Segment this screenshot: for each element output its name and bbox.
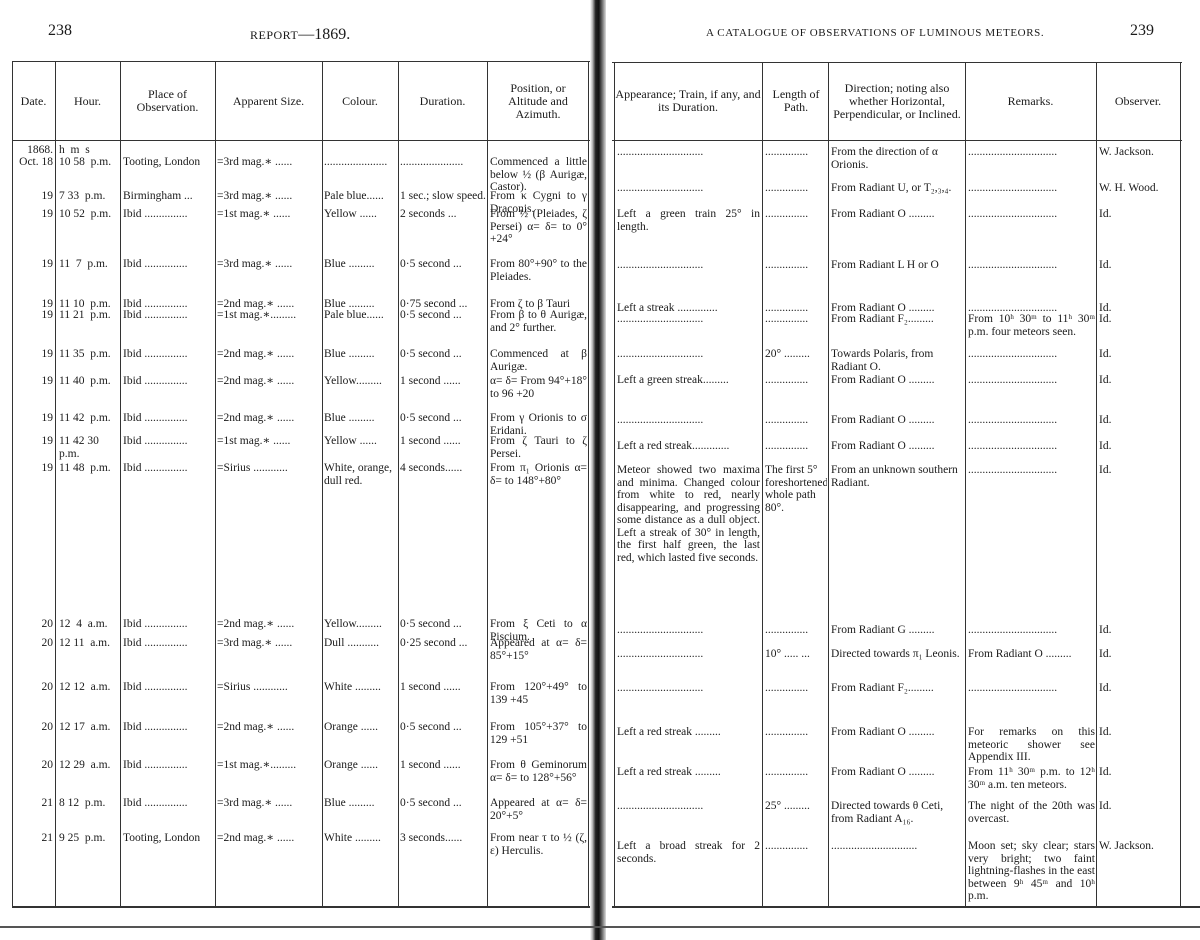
cell-position: From γ Orionis to σ Eridani. xyxy=(490,412,587,437)
cell-duration: ...................... xyxy=(400,156,487,169)
cell-remarks: ............................... xyxy=(968,682,1095,695)
table-bottom-rule-right xyxy=(612,906,1200,908)
cell-colour: Pale blue...... xyxy=(324,190,398,203)
cell-hour: 10 52 p.m. xyxy=(59,208,121,221)
cell-observer: Id. xyxy=(1099,682,1179,695)
cell-date: 19 xyxy=(12,375,53,388)
cell-remarks: Moon set; sky clear; stars very bright; … xyxy=(968,840,1095,903)
cell-length: ............... xyxy=(765,313,827,326)
cell-duration: 0·5 second ... xyxy=(400,258,487,271)
cell-appearance: Left a broad streak for 2 seconds. xyxy=(617,840,760,865)
cell-size: =2nd mag.∗ ...... xyxy=(217,832,322,845)
cell-hour: 12 17 a.m. xyxy=(59,721,121,734)
cell-date: 19 xyxy=(12,435,53,448)
cell-remarks: From 11ʰ 30ᵐ p.m. to 12ʰ 30ᵐ a.m. ten me… xyxy=(968,766,1095,791)
cell-date: 21 xyxy=(12,797,53,810)
scan-bottom-edge xyxy=(0,926,1200,928)
cell-place: Ibid ............... xyxy=(123,412,215,425)
cell-appearance: Left a green streak......... xyxy=(617,374,760,387)
cell-observer: Id. xyxy=(1099,800,1179,813)
cell-hour: 11 42 p.m. xyxy=(59,412,121,425)
header-date: Date. xyxy=(12,62,55,140)
header-remarks: Remarks. xyxy=(965,62,1096,140)
hour-units: h m s xyxy=(59,144,90,157)
cell-remarks: For remarks on this meteoric shower see … xyxy=(968,726,1095,764)
cell-duration: 0·5 second ... xyxy=(400,412,487,425)
header-length: Length of Path. xyxy=(766,62,826,140)
cell-observer: Id. xyxy=(1099,440,1179,453)
cell-duration: 1 second ...... xyxy=(400,759,487,772)
cell-hour: 9 25 p.m. xyxy=(59,832,121,845)
cell-position: Commenced a little below ½ (β Aurigæ, Ca… xyxy=(490,156,587,194)
cell-colour: Blue ......... xyxy=(324,412,398,425)
cell-duration: 2 seconds ... xyxy=(400,208,487,221)
col-rule xyxy=(398,61,399,907)
cell-length: ............... xyxy=(765,374,827,387)
header-apparent-size: Apparent Size. xyxy=(215,62,322,140)
cell-size: =Sirius ............ xyxy=(217,681,322,694)
cell-appearance: Left a green train 25° in length. xyxy=(617,208,760,233)
cell-duration: 3 seconds...... xyxy=(400,832,487,845)
col-rule xyxy=(322,61,323,907)
cell-remarks: ............................... xyxy=(968,146,1095,159)
cell-date: Oct. 18 xyxy=(12,156,53,169)
col-rule xyxy=(120,61,121,907)
col-rule xyxy=(55,61,56,907)
cell-duration: 1 second ...... xyxy=(400,375,487,388)
cell-duration: 4 seconds...... xyxy=(400,462,487,475)
cell-appearance: .............................. xyxy=(617,146,760,159)
cell-size: =2nd mag.∗ ...... xyxy=(217,618,322,631)
cell-length: ............... xyxy=(765,440,827,453)
cell-size: =3rd mag.∗ ...... xyxy=(217,258,322,271)
cell-size: =Sirius ............ xyxy=(217,462,322,475)
cell-place: Ibid ............... xyxy=(123,797,215,810)
cell-length: ............... xyxy=(765,146,827,159)
cell-colour: ...................... xyxy=(324,156,398,169)
cell-place: Ibid ............... xyxy=(123,258,215,271)
cell-direction: Directed towards θ Ceti, from Radiant A₁… xyxy=(831,800,964,825)
cell-date: 19 xyxy=(12,348,53,361)
year-label: 1868. xyxy=(12,144,53,157)
cell-size: =3rd mag.∗ ...... xyxy=(217,797,322,810)
col-rule xyxy=(588,61,589,907)
cell-length: ............... xyxy=(765,624,827,637)
cell-appearance: .............................. xyxy=(617,414,760,427)
cell-size: =1st mag.∗......... xyxy=(217,309,322,322)
cell-observer: Id. xyxy=(1099,766,1179,779)
col-rule xyxy=(1096,62,1097,907)
cell-colour: Blue ......... xyxy=(324,258,398,271)
cell-hour: 12 11 a.m. xyxy=(59,637,121,650)
cell-position: From θ Geminorum α= δ= to 128°+56° xyxy=(490,759,587,784)
cell-remarks: The night of the 20th was overcast. xyxy=(968,800,1095,825)
header-appearance: Appearance; Train, if any, and its Durat… xyxy=(614,62,762,140)
header-place: Place of Observation. xyxy=(125,62,210,140)
cell-remarks: ............................... xyxy=(968,348,1095,361)
table-bottom-rule-left xyxy=(12,906,590,908)
cell-duration: 0·5 second ... xyxy=(400,797,487,810)
cell-place: Tooting, London xyxy=(123,832,215,845)
col-rule xyxy=(614,62,615,907)
cell-place: Ibid ............... xyxy=(123,348,215,361)
cell-length: 10° ..... ... xyxy=(765,648,827,661)
cell-size: =2nd mag.∗ ...... xyxy=(217,721,322,734)
cell-duration: 0·5 second ... xyxy=(400,618,487,631)
cell-size: =3rd mag.∗ ...... xyxy=(217,637,322,650)
cell-colour: Blue ......... xyxy=(324,348,398,361)
cell-colour: Dull ........... xyxy=(324,637,398,650)
cell-position: From β to θ Aurigæ, and 2° further. xyxy=(490,309,587,334)
cell-size: =2nd mag.∗ ...... xyxy=(217,348,322,361)
cell-place: Ibid ............... xyxy=(123,721,215,734)
cell-remarks: ............................... xyxy=(968,259,1095,272)
header-colour: Colour. xyxy=(322,62,398,140)
cell-colour: Yellow ...... xyxy=(324,435,398,448)
cell-duration: 0·5 second ... xyxy=(400,348,487,361)
cell-size: =2nd mag.∗ ...... xyxy=(217,412,322,425)
cell-colour: White ......... xyxy=(324,681,398,694)
cell-date: 20 xyxy=(12,759,53,772)
cell-date: 19 xyxy=(12,412,53,425)
running-head-year: —1869. xyxy=(298,26,350,43)
running-head-title: REPORT xyxy=(250,28,298,42)
cell-observer: W. Jackson. xyxy=(1099,146,1179,159)
cell-size: =1st mag.∗ ...... xyxy=(217,435,322,448)
cell-direction: From Radiant U, or T₂,₃,₄. xyxy=(831,182,964,195)
cell-observer: Id. xyxy=(1099,348,1179,361)
cell-length: ............... xyxy=(765,840,827,853)
cell-direction: From Radiant O ......... xyxy=(831,374,964,387)
cell-size: =3rd mag.∗ ...... xyxy=(217,190,322,203)
cell-colour: Blue ......... xyxy=(324,797,398,810)
cell-position: From 80°+90° to the Pleiades. xyxy=(490,258,587,283)
cell-colour: White ......... xyxy=(324,832,398,845)
cell-hour: 12 4 a.m. xyxy=(59,618,121,631)
cell-observer: Id. xyxy=(1099,624,1179,637)
cell-place: Birmingham ... xyxy=(123,190,215,203)
cell-remarks: ............................... xyxy=(968,374,1095,387)
cell-direction: Towards Polaris, from Radiant O. xyxy=(831,348,964,373)
cell-duration: 0·25 second ... xyxy=(400,637,487,650)
cell-place: Ibid ............... xyxy=(123,309,215,322)
cell-appearance: .............................. xyxy=(617,313,760,326)
cell-direction: From Radiant O ......... xyxy=(831,414,964,427)
cell-place: Tooting, London xyxy=(123,156,215,169)
cell-hour: 11 40 p.m. xyxy=(59,375,121,388)
cell-length: ............... xyxy=(765,182,827,195)
cell-size: =1st mag.∗ ...... xyxy=(217,208,322,221)
cell-position: Appeared at α= δ= 20°+5° xyxy=(490,797,587,822)
cell-length: 25° ......... xyxy=(765,800,827,813)
cell-appearance: .............................. xyxy=(617,682,760,695)
cell-colour: Yellow......... xyxy=(324,375,398,388)
col-rule xyxy=(215,61,216,907)
cell-direction: From Radiant F₂......... xyxy=(831,682,964,695)
cell-place: Ibid ............... xyxy=(123,435,215,448)
cell-remarks: ............................... xyxy=(968,624,1095,637)
cell-length: ............... xyxy=(765,259,827,272)
cell-length: The first 5° foreshortened; whole path 8… xyxy=(765,464,827,514)
cell-hour: 11 7 p.m. xyxy=(59,258,121,271)
cell-observer: Id. xyxy=(1099,374,1179,387)
cell-hour: 10 58 p.m. xyxy=(59,156,121,169)
col-rule xyxy=(12,61,13,907)
header-observer: Observer. xyxy=(1096,62,1180,140)
cell-position: From 105°+37° to 129 +51 xyxy=(490,721,587,746)
header-direction: Direction; noting also whether Horizonta… xyxy=(832,62,962,140)
cell-hour: 12 12 a.m. xyxy=(59,681,121,694)
cell-length: 20° ......... xyxy=(765,348,827,361)
header-bottom-rule-left xyxy=(12,140,590,141)
col-rule xyxy=(965,62,966,907)
cell-position: From near τ to ½ (ζ, ε) Herculis. xyxy=(490,832,587,857)
cell-remarks: From Radiant O ......... xyxy=(968,648,1095,661)
cell-remarks: ............................... xyxy=(968,464,1095,477)
cell-observer: Id. xyxy=(1099,414,1179,427)
cell-duration: 1 second ...... xyxy=(400,435,487,448)
cell-appearance: Left a red streak ......... xyxy=(617,726,760,739)
cell-place: Ibid ............... xyxy=(123,681,215,694)
cell-date: 20 xyxy=(12,618,53,631)
cell-direction: From Radiant O ......... xyxy=(831,726,964,739)
cell-observer: Id. xyxy=(1099,208,1179,221)
cell-appearance: Meteor showed two maxima and minima. Cha… xyxy=(617,464,760,564)
cell-colour: Orange ...... xyxy=(324,759,398,772)
cell-size: =2nd mag.∗ ...... xyxy=(217,375,322,388)
cell-observer: W. Jackson. xyxy=(1099,840,1179,853)
cell-length: ............... xyxy=(765,208,827,221)
cell-length: ............... xyxy=(765,414,827,427)
cell-direction: From Radiant L H or O xyxy=(831,259,964,272)
cell-observer: W. H. Wood. xyxy=(1099,182,1179,195)
cell-appearance: .............................. xyxy=(617,259,760,272)
cell-direction: From Radiant O ......... xyxy=(831,208,964,221)
cell-place: Ibid ............... xyxy=(123,375,215,388)
cell-hour: 8 12 p.m. xyxy=(59,797,121,810)
cell-appearance: .............................. xyxy=(617,800,760,813)
cell-direction: From the direction of α Orionis. xyxy=(831,146,964,171)
cell-size: =3rd mag.∗ ...... xyxy=(217,156,322,169)
cell-appearance: .............................. xyxy=(617,624,760,637)
cell-appearance: .............................. xyxy=(617,182,760,195)
cell-position: From ζ Tauri to ζ Persei. xyxy=(490,435,587,460)
cell-appearance: Left a red streak ......... xyxy=(617,766,760,779)
cell-observer: Id. xyxy=(1099,726,1179,739)
cell-colour: Orange ...... xyxy=(324,721,398,734)
cell-position: From ½ (Pleiades, ζ Persei) α= δ= to 0°+… xyxy=(490,208,587,246)
cell-direction: From Radiant F₂......... xyxy=(831,313,964,326)
cell-remarks: From 10ʰ 30ᵐ to 11ʰ 30ᵐ p.m. four meteor… xyxy=(968,313,1095,338)
cell-remarks: ............................... xyxy=(968,440,1095,453)
page-number-right: 239 xyxy=(1130,22,1154,40)
cell-observer: Id. xyxy=(1099,648,1179,661)
cell-hour: 11 48 p.m. xyxy=(59,462,121,475)
header-hour: Hour. xyxy=(55,62,120,140)
cell-size: =1st mag.∗......... xyxy=(217,759,322,772)
cell-duration: 1 second ...... xyxy=(400,681,487,694)
header-duration: Duration. xyxy=(398,62,487,140)
cell-position: Appeared at α= δ= 85°+15° xyxy=(490,637,587,662)
cell-date: 19 xyxy=(12,208,53,221)
cell-observer: Id. xyxy=(1099,313,1179,326)
cell-position: Commenced at β Aurigæ. xyxy=(490,348,587,373)
cell-date: 20 xyxy=(12,637,53,650)
cell-colour: Yellow ...... xyxy=(324,208,398,221)
cell-date: 19 xyxy=(12,258,53,271)
cell-appearance: .............................. xyxy=(617,648,760,661)
cell-observer: Id. xyxy=(1099,464,1179,477)
cell-appearance: .............................. xyxy=(617,348,760,361)
cell-duration: 0·5 second ... xyxy=(400,309,487,322)
cell-length: ............... xyxy=(765,726,827,739)
running-head-left: REPORT—1869. xyxy=(250,26,350,44)
cell-appearance: Left a red streak............. xyxy=(617,440,760,453)
cell-date: 19 xyxy=(12,190,53,203)
running-head-right: A CATALOGUE OF OBSERVATIONS OF LUMINOUS … xyxy=(706,27,1044,39)
cell-direction: From Radiant G ......... xyxy=(831,624,964,637)
cell-duration: 0·5 second ... xyxy=(400,721,487,734)
header-position: Position, or Altitude and Azimuth. xyxy=(492,62,584,140)
cell-date: 21 xyxy=(12,832,53,845)
cell-colour: White, orange, dull red. xyxy=(324,462,398,487)
page-number-left: 238 xyxy=(48,22,72,40)
cell-direction: From Radiant O ......... xyxy=(831,440,964,453)
cell-direction: From Radiant O ......... xyxy=(831,766,964,779)
cell-place: Ibid ............... xyxy=(123,637,215,650)
cell-remarks: ............................... xyxy=(968,414,1095,427)
cell-duration: 1 sec.; slow speed. xyxy=(400,190,487,203)
cell-colour: Pale blue...... xyxy=(324,309,398,322)
col-rule xyxy=(762,62,763,907)
cell-date: 20 xyxy=(12,681,53,694)
cell-remarks: ............................... xyxy=(968,182,1095,195)
cell-position: α= δ= From 94°+18° to 96 +20 xyxy=(490,375,587,400)
cell-length: ............... xyxy=(765,682,827,695)
cell-date: 19 xyxy=(12,462,53,475)
cell-colour: Yellow......... xyxy=(324,618,398,631)
cell-position: From π₁ Orionis α= δ= to 148°+80° xyxy=(490,462,587,487)
cell-hour: 7 33 p.m. xyxy=(59,190,121,203)
cell-place: Ibid ............... xyxy=(123,208,215,221)
cell-position: From 120°+49° to 139 +45 xyxy=(490,681,587,706)
cell-place: Ibid ............... xyxy=(123,618,215,631)
col-rule xyxy=(487,61,488,907)
cell-hour: 11 35 p.m. xyxy=(59,348,121,361)
col-rule xyxy=(1180,62,1181,907)
cell-direction: From an unknown southern Radiant. xyxy=(831,464,964,489)
cell-hour: 11 21 p.m. xyxy=(59,309,121,322)
cell-date: 20 xyxy=(12,721,53,734)
cell-place: Ibid ............... xyxy=(123,759,215,772)
book-spine-gutter xyxy=(590,0,606,940)
cell-place: Ibid ............... xyxy=(123,462,215,475)
cell-hour: 11 42 30 p.m. xyxy=(59,435,121,460)
cell-length: ............... xyxy=(765,766,827,779)
cell-date: 19 xyxy=(12,309,53,322)
cell-observer: Id. xyxy=(1099,259,1179,272)
cell-remarks: ............................... xyxy=(968,208,1095,221)
cell-direction: .............................. xyxy=(831,840,964,853)
col-rule xyxy=(828,62,829,907)
cell-hour: 12 29 a.m. xyxy=(59,759,121,772)
cell-direction: Directed towards π₁ Leonis. xyxy=(831,648,964,661)
